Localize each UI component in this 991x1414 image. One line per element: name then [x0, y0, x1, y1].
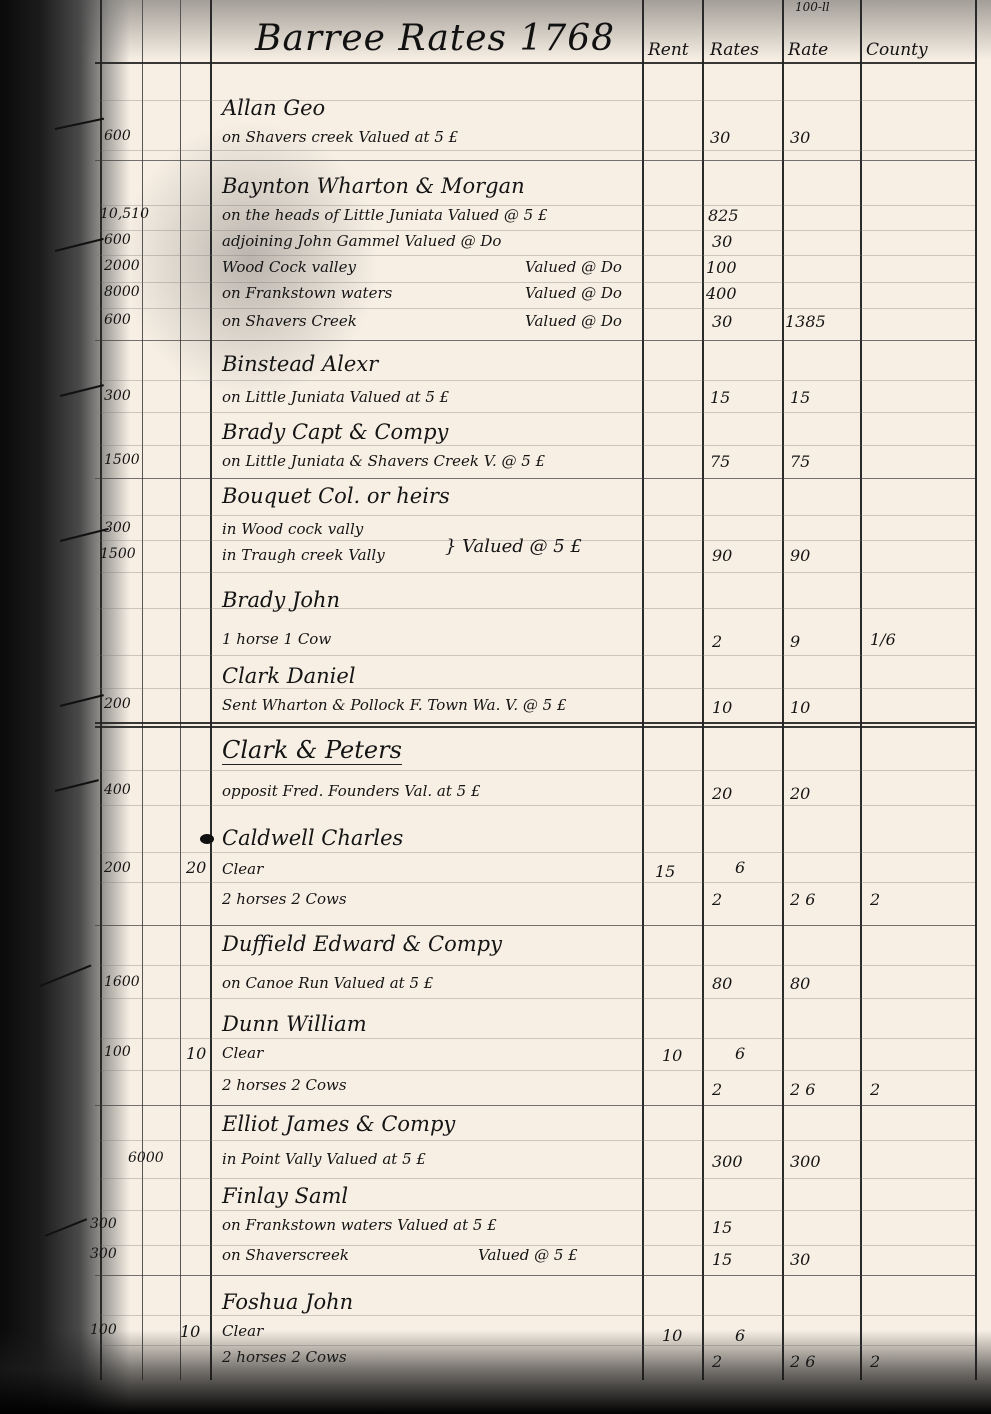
rates-value: 10	[712, 698, 732, 717]
land-description: on Frankstown waters	[222, 284, 392, 302]
rent-value: 10	[662, 1046, 682, 1065]
column-header-county: County	[866, 40, 928, 60]
column-rule-rates-left	[702, 0, 704, 1380]
valuation-note: Valued @ Do	[525, 312, 622, 330]
land-description: Clear	[222, 860, 263, 878]
acres-value: 300	[90, 1216, 117, 1232]
column-rule-rent-left	[642, 0, 644, 1380]
rate-value: 9	[790, 632, 800, 651]
entry-name: Elliot James & Compy	[222, 1112, 455, 1136]
land-description: in Point Vally Valued at 5 £	[222, 1150, 426, 1168]
land-description: on Shavers Creek	[222, 312, 357, 330]
acres-value: 200	[104, 696, 131, 712]
land-description: on Little Juniata Valued at 5 £	[222, 388, 449, 406]
entry-name: Bouquet Col. or heirs	[222, 484, 450, 508]
rate-value: 2 6	[790, 1080, 815, 1099]
column-rule-rate-left	[782, 0, 784, 1380]
livestock-description: 2 horses 2 Cows	[222, 1076, 347, 1094]
land-description: on Shavers creek Valued at 5 £	[222, 128, 458, 146]
column-rule-county-left	[860, 0, 862, 1380]
land-description: Wood Cock valley	[222, 258, 356, 276]
acres-value: 1500	[100, 546, 136, 562]
rate-value: 300	[790, 1152, 821, 1171]
rates-value: 825	[708, 206, 739, 225]
rent-value: 15	[655, 862, 675, 881]
land-description: on Shaverscreek	[222, 1246, 349, 1264]
rate-value: 80	[790, 974, 810, 993]
rates-value: 30	[712, 232, 732, 251]
entry-name: Brady John	[222, 588, 340, 612]
rates-value: 100	[706, 258, 737, 277]
rate-total-value: 1385	[785, 312, 826, 331]
column-header-rent: Rent	[648, 40, 689, 60]
land-description: on Little Juniata & Shavers Creek V. @ 5…	[222, 452, 545, 470]
rates-value: 15	[710, 388, 730, 407]
land-description: adjoining John Gammel Valued @ Do	[222, 232, 501, 250]
entry-name: Binstead Alexr	[222, 352, 378, 376]
column-header-rates: Rates	[710, 40, 759, 60]
land-description: in Traugh creek Vally	[222, 546, 385, 564]
acres-value: 600	[104, 128, 131, 144]
acres-value: 1500	[104, 452, 140, 468]
county-value: 2	[870, 890, 880, 909]
acres-value: 600	[104, 312, 131, 328]
rates-value: 80	[712, 974, 732, 993]
livestock-description: 2 horses 2 Cows	[222, 890, 347, 908]
column-header-rate: Rate	[788, 40, 828, 60]
entry-name: Foshua John	[222, 1290, 353, 1314]
entry-name: Dunn William	[222, 1012, 367, 1036]
rates-value: 90	[712, 546, 732, 565]
valuation-note: } Valued @ 5 £	[445, 536, 582, 557]
entry-name: Duffield Edward & Compy	[222, 932, 502, 956]
land-description: opposit Fred. Founders Val. at 5 £	[222, 782, 481, 800]
rates-value: 6	[735, 1044, 745, 1063]
valuation-note: Valued @ Do	[525, 284, 622, 302]
cleared-acres-value: 10	[186, 1044, 206, 1063]
valuation-note: Valued @ Do	[525, 258, 622, 276]
land-description: on Canoe Run Valued at 5 £	[222, 974, 433, 992]
rates-value: 300	[712, 1152, 743, 1171]
rates-value: 6	[735, 858, 745, 877]
acres-value: 1600	[104, 974, 140, 990]
rate-value: 20	[790, 784, 810, 803]
acres-value: 6000	[128, 1150, 164, 1166]
acres-value: 300	[104, 388, 131, 404]
livestock-description: 1 horse 1 Cow	[222, 630, 331, 648]
column-rule-description-left	[210, 0, 212, 1380]
rates-value: 30	[712, 312, 732, 331]
acres-value: 2000	[104, 258, 140, 274]
acres-value: 600	[104, 232, 131, 248]
valuation-note: Valued @ 5 £	[478, 1246, 578, 1264]
rates-value: 30	[710, 128, 730, 147]
acres-value: 100	[104, 1044, 131, 1060]
ink-blot	[200, 834, 214, 844]
land-description: Sent Wharton & Pollock F. Town Wa. V. @ …	[222, 696, 567, 714]
rates-value: 2	[712, 1080, 722, 1099]
land-description: on the heads of Little Juniata Valued @ …	[222, 206, 548, 224]
rates-value: 20	[712, 784, 732, 803]
scan-shadow-bottom	[0, 1330, 991, 1414]
cleared-acres-value: 20	[186, 858, 206, 877]
entry-name: Baynton Wharton & Morgan	[222, 174, 525, 198]
rates-value: 2	[712, 632, 722, 651]
rate-value: 90	[790, 546, 810, 565]
top-right-fragment: 100-ll	[795, 0, 830, 14]
land-description: on Frankstown waters Valued at 5 £	[222, 1216, 497, 1234]
rate-value: 30	[790, 128, 810, 147]
entry-name: Allan Geo	[222, 96, 325, 120]
section-divider	[95, 722, 975, 724]
rates-value: 2	[712, 890, 722, 909]
land-description: in Wood cock vally	[222, 520, 363, 538]
rate-value: 10	[790, 698, 810, 717]
rates-value: 15	[712, 1250, 732, 1269]
column-rule-rentacres-left	[180, 0, 181, 1380]
column-rule-county-right	[975, 0, 977, 1380]
entry-name: Caldwell Charles	[222, 826, 403, 850]
acres-value: 10,510	[100, 206, 149, 222]
entry-name: Clark & Peters	[222, 736, 402, 765]
entry-name: Clark Daniel	[222, 664, 356, 688]
rate-value: 2 6	[790, 890, 815, 909]
rate-value: 30	[790, 1250, 810, 1269]
rates-value: 75	[710, 452, 730, 471]
entry-name: Finlay Saml	[222, 1184, 348, 1208]
acres-value: 200	[104, 860, 131, 876]
entry-name: Brady Capt & Compy	[222, 420, 448, 444]
rate-value: 75	[790, 452, 810, 471]
rates-value: 15	[712, 1218, 732, 1237]
county-value: 2	[870, 1080, 880, 1099]
page-title: Barree Rates 1768	[255, 18, 615, 59]
header-rule	[95, 62, 975, 64]
rates-value: 400	[706, 284, 737, 303]
county-value: 1/6	[870, 630, 896, 649]
land-description: Clear	[222, 1044, 263, 1062]
acres-value: 300	[90, 1246, 117, 1262]
acres-value: 8000	[104, 284, 140, 300]
rate-value: 15	[790, 388, 810, 407]
acres-value: 400	[104, 782, 131, 798]
